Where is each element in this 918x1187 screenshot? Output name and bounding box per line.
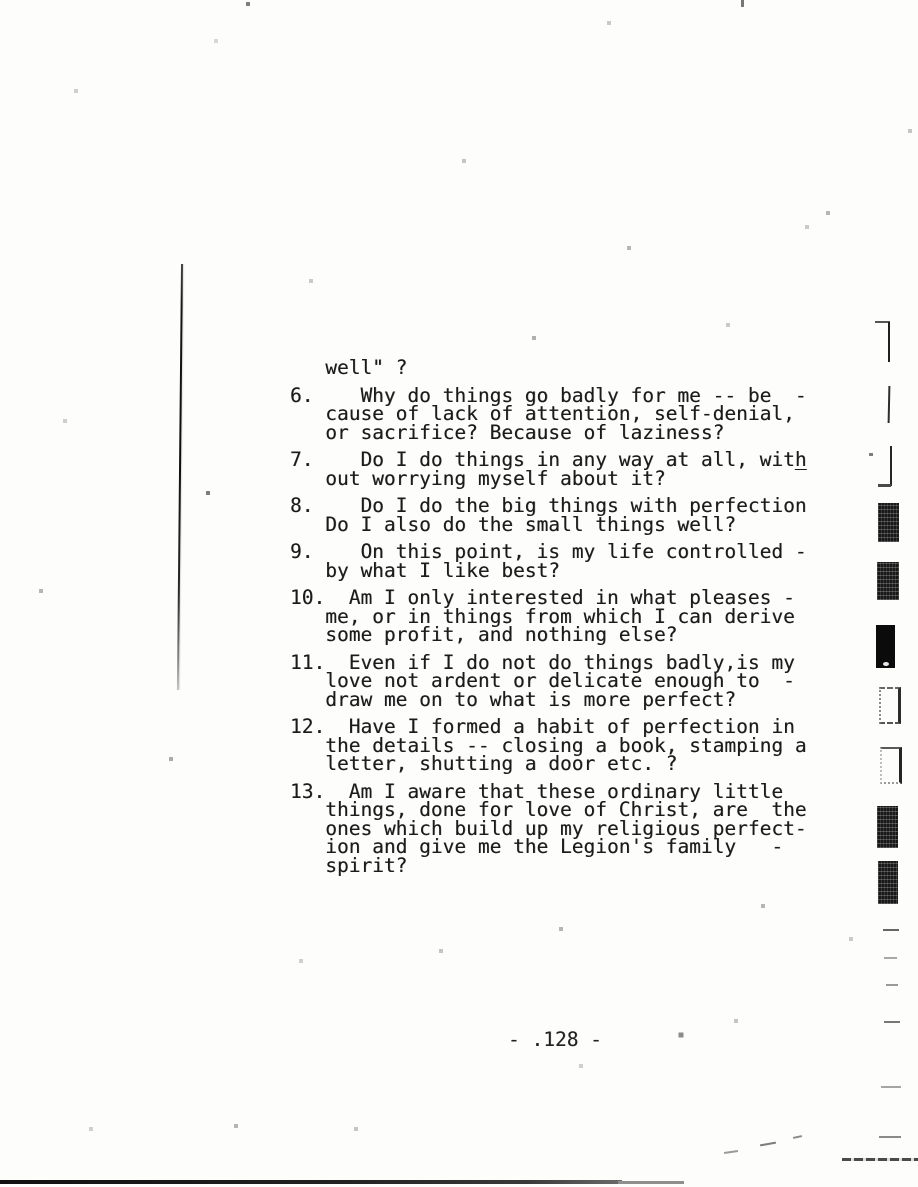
bottom-scan-edge-line-faint bbox=[618, 1181, 684, 1184]
question-item-10: 10. Am I only interested in what pleases… bbox=[290, 589, 807, 645]
binding-mark-blob-3 bbox=[876, 625, 895, 668]
binding-mark-hook bbox=[878, 484, 891, 487]
binding-mark-dash-5 bbox=[881, 1086, 901, 1088]
text-line: out worrying myself about it? bbox=[290, 470, 807, 489]
text-line: or sacrifice? Because of laziness? bbox=[290, 424, 807, 443]
text-line: well" ? bbox=[290, 359, 807, 378]
question-item-8: 8. Do I do the big things with perfectio… bbox=[290, 497, 807, 534]
binding-mark-blob-4 bbox=[877, 806, 898, 848]
scan-artifact-diagonal-dash-2 bbox=[760, 1142, 776, 1147]
typewritten-text-block: well" ?6. Why do things go badly for me … bbox=[290, 359, 807, 884]
binding-mark-dash-3 bbox=[886, 984, 898, 986]
question-item-13: 13. Am I aware that these ordinary littl… bbox=[290, 783, 807, 876]
scan-artifact-diagonal-dash-3 bbox=[793, 1135, 802, 1139]
binding-mark-dashed-line bbox=[842, 1158, 918, 1161]
binding-mark-dash-1 bbox=[883, 929, 899, 931]
binding-mark-box-1 bbox=[879, 687, 901, 724]
scan-artifact-diagonal-dash-1 bbox=[724, 1150, 738, 1154]
page-number: - .128 - bbox=[508, 1031, 602, 1050]
binding-mark-blob-1 bbox=[878, 503, 899, 542]
scan-artifact-top-tick bbox=[741, 0, 744, 7]
left-crease-line bbox=[177, 264, 183, 690]
text-line: spirit? bbox=[290, 857, 807, 876]
scanned-document-page: well" ?6. Why do things go badly for me … bbox=[0, 0, 918, 1187]
text-line: some profit, and nothing else? bbox=[290, 626, 807, 645]
question-item-12: 12. Have I formed a habit of perfection … bbox=[290, 718, 807, 774]
binding-mark-vline-2 bbox=[888, 386, 891, 423]
bottom-scan-edge-line bbox=[0, 1180, 622, 1184]
question-item-9: 9. On this point, is my life controlled … bbox=[290, 543, 807, 580]
question-item-6: 6. Why do things go badly for me -- be -… bbox=[290, 387, 807, 443]
binding-mark-blob-5 bbox=[878, 861, 898, 904]
text-line: letter, shutting a door etc. ? bbox=[290, 755, 807, 774]
question-item-7: 7. Do I do things in any way at all, wit… bbox=[290, 451, 807, 488]
binding-mark-blob-2 bbox=[877, 562, 899, 600]
question-item-11: 11. Even if I do not do things badly,is … bbox=[290, 654, 807, 710]
binding-mark-dash-2 bbox=[884, 957, 897, 959]
binding-mark-dash-4 bbox=[884, 1021, 900, 1023]
text-line: Do I also do the small things well? bbox=[290, 516, 807, 535]
binding-mark-box-2 bbox=[880, 747, 902, 784]
binding-mark-vline-3 bbox=[890, 446, 892, 486]
underlined-character: h bbox=[795, 448, 807, 471]
text-line: draw me on to what is more perfect? bbox=[290, 691, 807, 710]
scan-speckles bbox=[0, 0, 2, 2]
partial-line-from-previous-page: well" ? bbox=[290, 359, 807, 378]
text-line: by what I like best? bbox=[290, 562, 807, 581]
binding-mark-vline-1 bbox=[888, 322, 890, 362]
binding-mark-dot bbox=[869, 453, 873, 456]
binding-mark-dash-6 bbox=[879, 1136, 901, 1138]
